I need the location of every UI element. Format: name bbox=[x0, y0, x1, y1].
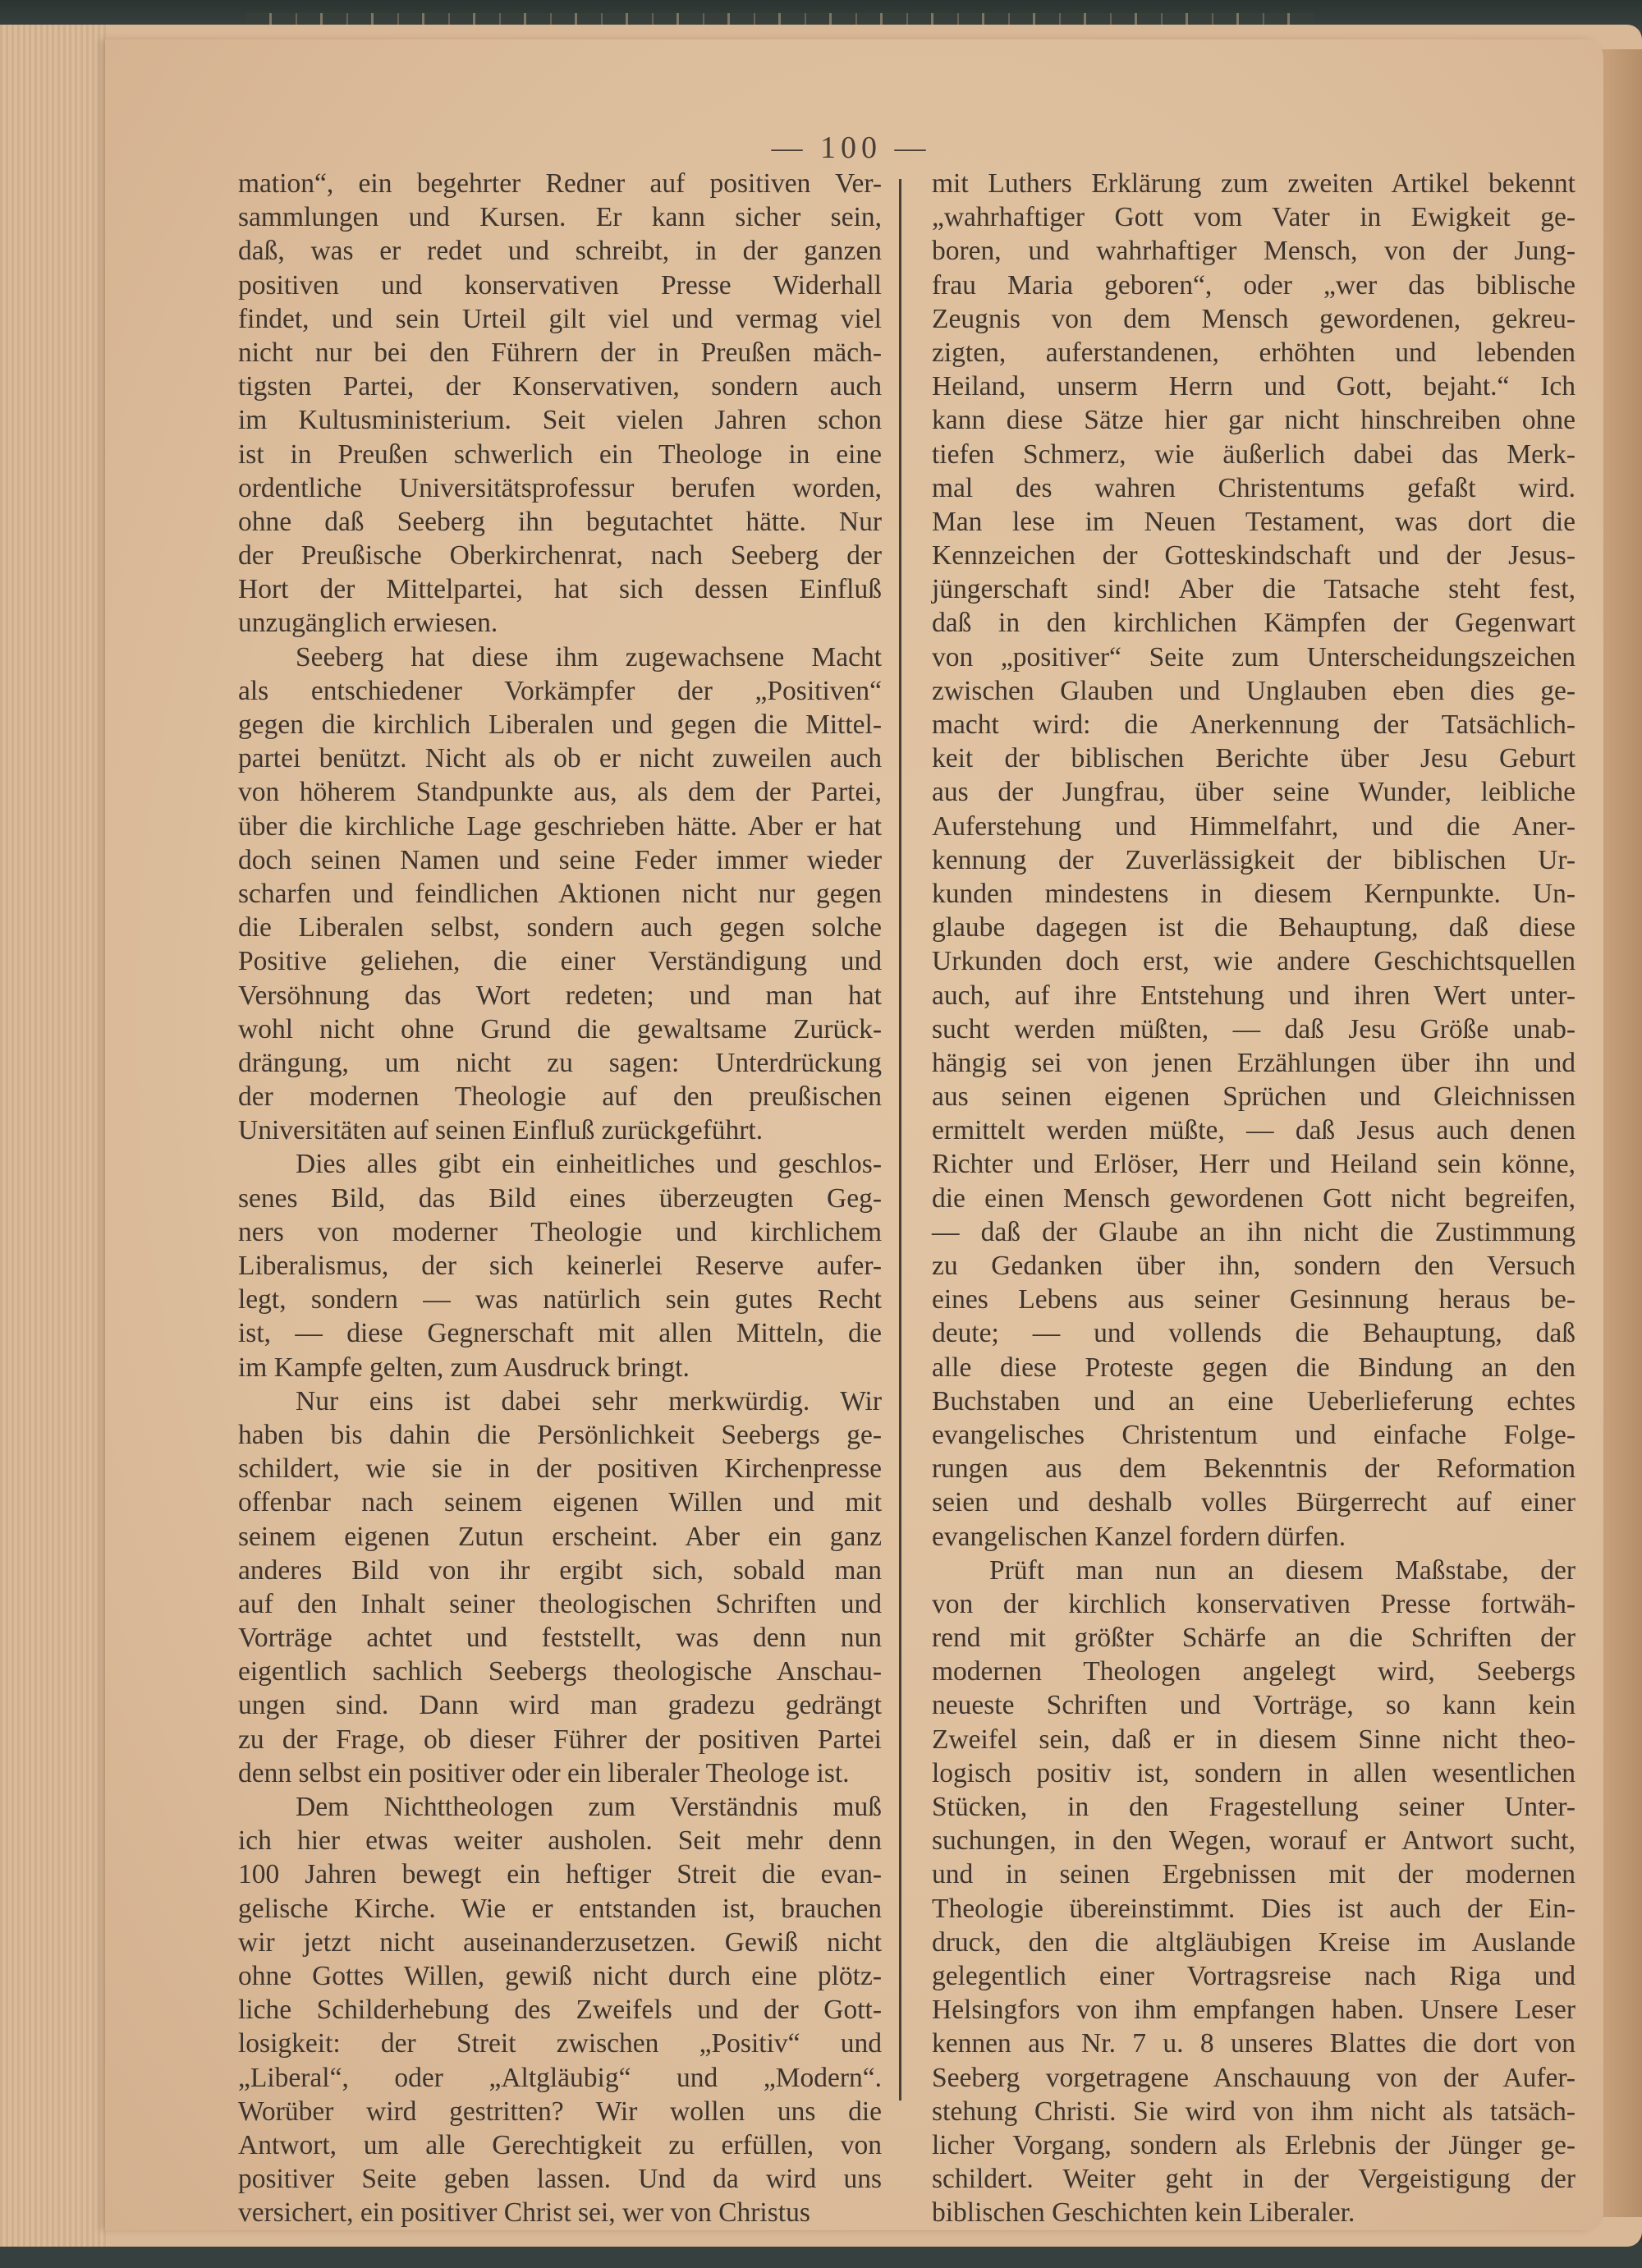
text-line: mit Luthers Erklärung zum zweiten Artike… bbox=[932, 167, 1575, 200]
text-line: Hort der Mittelpartei, hat sich dessen E… bbox=[238, 572, 882, 606]
text-line: legt, sondern — was natürlich sein gutes… bbox=[238, 1283, 882, 1316]
text-line: ners von moderner Theologie und kirchlic… bbox=[238, 1215, 882, 1249]
text-line: Urkunden doch erst, wie andere Geschicht… bbox=[932, 944, 1575, 978]
text-line: sammlungen und Kursen. Er kann sicher se… bbox=[238, 200, 882, 234]
text-line: evangelisches Christentum und einfache F… bbox=[932, 1418, 1575, 1452]
text-line: zu der Frage, ob dieser Führer der posit… bbox=[238, 1723, 882, 1756]
text-line: auch, auf ihre Entstehung und ihren Wert… bbox=[932, 979, 1575, 1012]
text-line: haben bis dahin die Persönlichkeit Seebe… bbox=[238, 1418, 882, 1452]
text-line: Seeberg vorgetragene Anschauung von der … bbox=[932, 2061, 1575, 2095]
text-line: Helsingfors von ihm empfangen haben. Uns… bbox=[932, 1993, 1575, 2027]
text-line: kennen aus Nr. 7 u. 8 unseres Blattes di… bbox=[932, 2027, 1575, 2060]
text-line: biblischen Geschichten kein Liberaler. bbox=[932, 2196, 1575, 2229]
text-line: Versöhnung das Wort redeten; und man hat bbox=[238, 979, 882, 1012]
text-line: von der kirchlich konservativen Presse f… bbox=[932, 1587, 1575, 1621]
text-line: positiver Seite geben lassen. Und da wir… bbox=[238, 2162, 882, 2196]
text-line: losigkeit: der Streit zwischen „Positiv“… bbox=[238, 2027, 882, 2060]
text-line: suchungen, in den Wegen, worauf er Antwo… bbox=[932, 1824, 1575, 1857]
text-line: boren, und wahrhaftiger Mensch, von der … bbox=[932, 234, 1575, 268]
page-edge-right bbox=[1601, 49, 1642, 2217]
text-line: seien und deshalb volles Bürgerrecht auf… bbox=[932, 1485, 1575, 1519]
text-line: zu Gedanken über ihn, sondern den Versuc… bbox=[932, 1249, 1575, 1283]
paragraph: mation“, ein begehrter Redner auf positi… bbox=[238, 167, 882, 640]
text-line: modernen Theologen angelegt wird, Seeber… bbox=[932, 1655, 1575, 1688]
paragraph: Seeberg hat diese ihm zugewachsene Macht… bbox=[238, 640, 882, 1148]
text-line: druck, den die altgläubigen Kreise im Au… bbox=[932, 1926, 1575, 1959]
text-line: wohl nicht ohne Grund die gewaltsame Zur… bbox=[238, 1012, 882, 1046]
text-line: zwischen Glauben und Unglauben eben dies… bbox=[932, 674, 1575, 708]
text-line: ich hier etwas weiter ausholen. Seit meh… bbox=[238, 1824, 882, 1857]
text-line: gelegentlich einer Vortragsreise nach Ri… bbox=[932, 1959, 1575, 1993]
text-line: ordentliche Universitätsprofessur berufe… bbox=[238, 471, 882, 505]
text-line: Liberalismus, der sich keinerlei Reserve… bbox=[238, 1249, 882, 1283]
text-line: von höherem Standpunkte aus, als dem der… bbox=[238, 775, 882, 809]
text-line: „Liberal“, oder „Altgläubig“ und „Modern… bbox=[238, 2061, 882, 2095]
text-line: Worüber wird gestritten? Wir wollen uns … bbox=[238, 2095, 882, 2128]
paragraph: Nur eins ist dabei sehr merkwürdig. Wirh… bbox=[238, 1384, 882, 1790]
paragraph: Dem Nichttheologen zum Verständnis mußic… bbox=[238, 1790, 882, 2229]
paragraph: Dies alles gibt ein einheitliches und ge… bbox=[238, 1147, 882, 1384]
text-line: liche Schilderhebung des Zweifels und de… bbox=[238, 1993, 882, 2027]
text-line: Universitäten auf seinen Einfluß zurückg… bbox=[238, 1113, 882, 1147]
text-line: ermittelt werden müßte, — daß Jesus auch… bbox=[932, 1113, 1575, 1147]
text-line: anderes Bild von ihr ergibt sich, sobald… bbox=[238, 1554, 882, 1587]
text-line: drängung, um nicht zu sagen: Unterdrücku… bbox=[238, 1046, 882, 1080]
text-line: denn selbst ein positiver oder ein liber… bbox=[238, 1756, 882, 1790]
text-line: positiven und konservativen Presse Wider… bbox=[238, 269, 882, 302]
text-line: keit der biblischen Berichte über Jesu G… bbox=[932, 741, 1575, 775]
text-line: kennung der Zuverlässigkeit der biblisch… bbox=[932, 843, 1575, 877]
text-line: ohne Gottes Willen, gewiß nicht durch ei… bbox=[238, 1959, 882, 1993]
text-line: Buchstaben und an eine Ueberlieferung ec… bbox=[932, 1384, 1575, 1418]
text-line: Dem Nichttheologen zum Verständnis muß bbox=[238, 1790, 882, 1824]
text-line: — daß der Glaube an ihn nicht die Zustim… bbox=[932, 1215, 1575, 1249]
text-line: doch seinen Namen und seine Feder immer … bbox=[238, 843, 882, 877]
text-line: der modernen Theologie auf den preußisch… bbox=[238, 1080, 882, 1113]
text-line: Man lese im Neuen Testament, was dort di… bbox=[932, 505, 1575, 539]
text-line: und in seinen Ergebnissen mit der modern… bbox=[932, 1857, 1575, 1891]
text-line: frau Maria geboren“, oder „wer das bibli… bbox=[932, 269, 1575, 302]
text-line: licher Vorgang, sondern als Erlebnis der… bbox=[932, 2128, 1575, 2162]
text-line: stehung Christi. Sie wird von ihm nicht … bbox=[932, 2095, 1575, 2128]
text-line: schildert, wie sie in der positiven Kirc… bbox=[238, 1452, 882, 1485]
text-line: Seeberg hat diese ihm zugewachsene Macht bbox=[238, 640, 882, 674]
text-line: 100 Jahren bewegt ein heftiger Streit di… bbox=[238, 1857, 882, 1891]
text-line: jüngerschaft sind! Aber die Tatsache ste… bbox=[932, 572, 1575, 606]
text-line: versichert, ein positiver Christ sei, we… bbox=[238, 2196, 882, 2229]
text-line: ohne daß Seeberg ihn begutachtet hätte. … bbox=[238, 505, 882, 539]
text-line: macht wird: die Anerkennung der Tatsächl… bbox=[932, 708, 1575, 741]
page-number: — 100 — bbox=[102, 130, 1600, 166]
text-line: die einen Mensch gewordenen Gott nicht b… bbox=[932, 1182, 1575, 1215]
book-page: — 100 — mation“, ein begehrter Redner au… bbox=[105, 39, 1603, 2230]
text-line: eigentlich sachlich Seebergs theologisch… bbox=[238, 1655, 882, 1688]
text-line: glaube dagegen ist die Behauptung, daß d… bbox=[932, 911, 1575, 944]
text-line: schildert. Weiter geht in der Vergeistig… bbox=[932, 2162, 1575, 2196]
text-line: mation“, ein begehrter Redner auf positi… bbox=[238, 167, 882, 200]
text-line: Theologie übereinstimmt. Dies ist auch d… bbox=[932, 1892, 1575, 1926]
text-line: aus der Jungfrau, über seine Wunder, lei… bbox=[932, 775, 1575, 809]
text-line: rend mit größter Schärfe an die Schrifte… bbox=[932, 1621, 1575, 1655]
text-line: tiefen Schmerz, wie äußerlich dabei das … bbox=[932, 438, 1575, 471]
right-column: mit Luthers Erklärung zum zweiten Artike… bbox=[932, 167, 1575, 2229]
text-line: als entschiedener Vorkämpfer der „Positi… bbox=[238, 674, 882, 708]
text-line: Heiland, unserm Herrn und Gott, bejaht.“… bbox=[932, 370, 1575, 403]
text-line: Nur eins ist dabei sehr merkwürdig. Wir bbox=[238, 1384, 882, 1418]
text-line: im Kampfe gelten, zum Ausdruck bringt. bbox=[238, 1351, 882, 1384]
text-line: gelische Kirche. Wie er entstanden ist, … bbox=[238, 1892, 882, 1926]
text-line: Auferstehung und Himmelfahrt, und die An… bbox=[932, 810, 1575, 843]
text-line: Positive geliehen, die einer Verständigu… bbox=[238, 944, 882, 978]
text-line: offenbar nach seinem eigenen Willen und … bbox=[238, 1485, 882, 1519]
text-line: Zweifel sein, daß er in diesem Sinne nic… bbox=[932, 1723, 1575, 1756]
text-line: über die kirchliche Lage geschrieben hät… bbox=[238, 810, 882, 843]
left-column: mation“, ein begehrter Redner auf positi… bbox=[238, 167, 882, 2229]
text-line: auf den Inhalt seiner theologischen Schr… bbox=[238, 1587, 882, 1621]
text-line: tigsten Partei, der Konservativen, sonde… bbox=[238, 370, 882, 403]
text-line: findet, und sein Urteil gilt viel und ve… bbox=[238, 302, 882, 336]
text-line: die Liberalen selbst, sondern auch gegen… bbox=[238, 911, 882, 944]
text-line: daß in den kirchlichen Kämpfen der Gegen… bbox=[932, 606, 1575, 640]
text-line: neueste Schriften und Vorträge, so kann … bbox=[932, 1688, 1575, 1722]
paragraph: mit Luthers Erklärung zum zweiten Artike… bbox=[932, 167, 1575, 1554]
text-line: Prüft man nun an diesem Maßstabe, der bbox=[932, 1554, 1575, 1587]
column-divider bbox=[899, 179, 901, 2100]
text-line: Kennzeichen der Gotteskindschaft und der… bbox=[932, 539, 1575, 572]
text-line: alle diese Proteste gegen die Bindung an… bbox=[932, 1351, 1575, 1384]
text-line: Antwort, um alle Gerechtigkeit zu erfüll… bbox=[238, 2128, 882, 2162]
text-line: Stücken, in den Fragestellung seiner Unt… bbox=[932, 1790, 1575, 1824]
text-line: ungen sind. Dann wird man gradezu gedrän… bbox=[238, 1688, 882, 1722]
text-line: kunden mindestens in diesem Kernpunkte. … bbox=[932, 877, 1575, 911]
text-line: wir jetzt nicht auseinanderzusetzen. Gew… bbox=[238, 1926, 882, 1959]
text-line: eines Lebens aus seiner Gesinnung heraus… bbox=[932, 1283, 1575, 1316]
text-line: Dies alles gibt ein einheitliches und ge… bbox=[238, 1147, 882, 1181]
text-line: nicht nur bei den Führern der in Preußen… bbox=[238, 336, 882, 370]
text-line: kann diese Sätze hier gar nicht hinschre… bbox=[932, 403, 1575, 437]
text-line: senes Bild, das Bild eines überzeugten G… bbox=[238, 1182, 882, 1215]
text-line: Richter und Erlöser, Herr und Heiland se… bbox=[932, 1147, 1575, 1181]
text-line: der Preußische Oberkirchenrat, nach Seeb… bbox=[238, 539, 882, 572]
text-line: zigten, auferstandenen, erhöhten und leb… bbox=[932, 336, 1575, 370]
text-line: daß, was er redet und schreibt, in der g… bbox=[238, 234, 882, 268]
text-line: hängig sei von jenen Erzählungen über ih… bbox=[932, 1046, 1575, 1080]
text-line: gegen die kirchlich Liberalen und gegen … bbox=[238, 708, 882, 741]
text-line: ist in Preußen schwerlich ein Theologe i… bbox=[238, 438, 882, 471]
text-line: Zeugnis von dem Mensch gewordenen, gekre… bbox=[932, 302, 1575, 336]
text-line: logisch positiv ist, sondern in allen we… bbox=[932, 1756, 1575, 1790]
text-line: aus seinen eigenen Sprüchen und Gleichni… bbox=[932, 1080, 1575, 1113]
text-line: unzugänglich erwiesen. bbox=[238, 606, 882, 640]
text-line: mal des wahren Christentums gefaßt wird. bbox=[932, 471, 1575, 505]
text-line: sucht werden müßten, — daß Jesu Größe un… bbox=[932, 1012, 1575, 1046]
text-line: seinem eigenen Zutun erscheint. Aber ein… bbox=[238, 1520, 882, 1554]
text-line: im Kultusministerium. Seit vielen Jahren… bbox=[238, 403, 882, 437]
text-line: ist, — diese Gegnerschaft mit allen Mitt… bbox=[238, 1316, 882, 1350]
text-line: „wahrhaftiger Gott vom Vater in Ewigkeit… bbox=[932, 200, 1575, 234]
text-line: evangelischen Kanzel fordern dürfen. bbox=[932, 1520, 1575, 1554]
text-line: deute; — und vollends die Behauptung, da… bbox=[932, 1316, 1575, 1350]
paragraph: Prüft man nun an diesem Maßstabe, dervon… bbox=[932, 1554, 1575, 2230]
text-line: rungen aus dem Bekenntnis der Reformatio… bbox=[932, 1452, 1575, 1485]
text-line: partei benützt. Nicht als ob er nicht zu… bbox=[238, 741, 882, 775]
text-line: Vorträge achtet und feststellt, was denn… bbox=[238, 1621, 882, 1655]
text-line: scharfen und feindlichen Aktionen nicht … bbox=[238, 877, 882, 911]
text-line: von „positiver“ Seite zum Unterscheidung… bbox=[932, 640, 1575, 674]
